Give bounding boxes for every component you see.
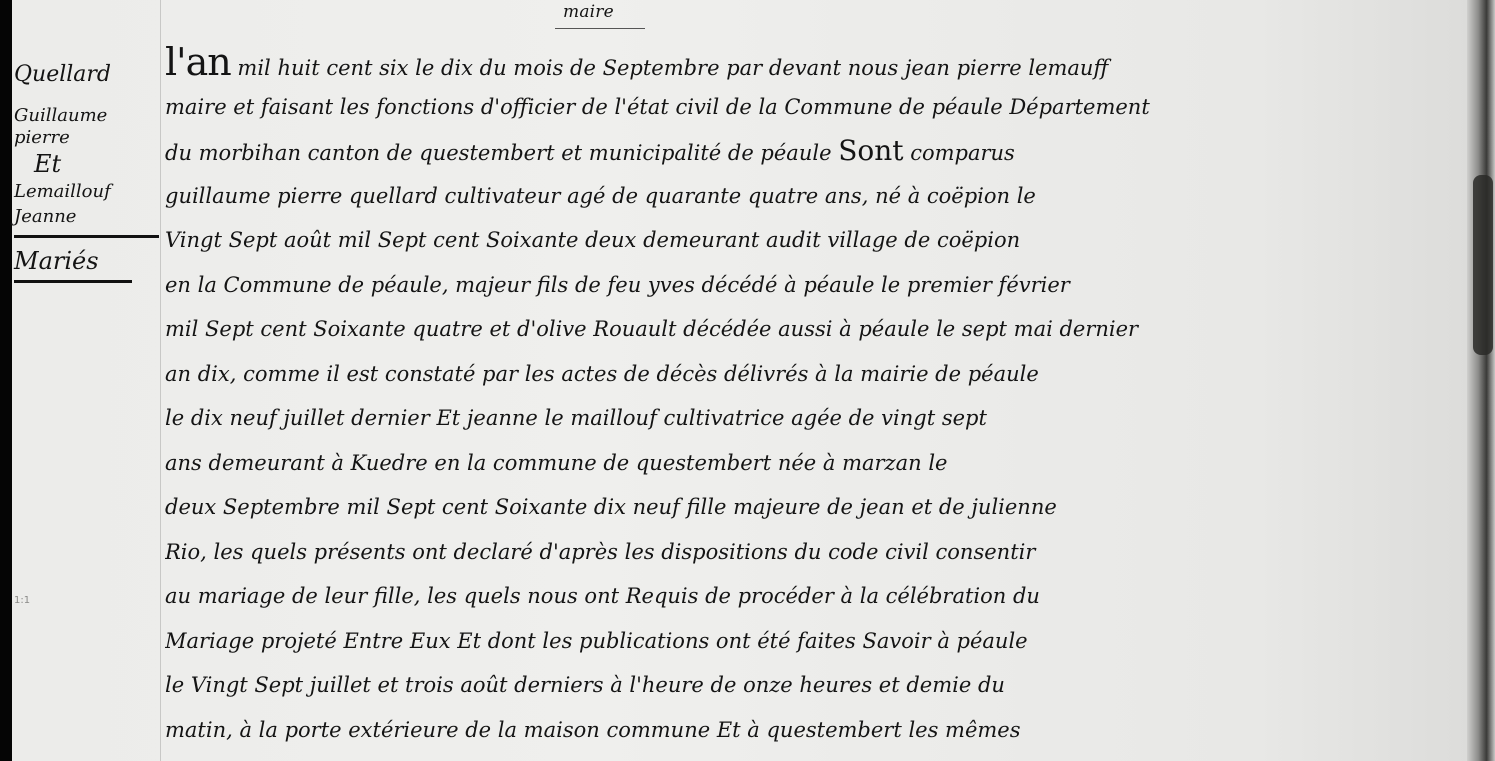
record-line-text: guillaume pierre quellard cultivateur ag…	[165, 184, 1036, 208]
record-line-10: ans demeurant à Kuedre en la commune de …	[165, 441, 1465, 486]
record-line-text: mil huit cent six le dix du mois de Sept…	[237, 56, 1108, 80]
record-line-text: le dix neuf juillet dernier Et jeanne le…	[165, 406, 987, 430]
margin-groom-surname: Quellard	[14, 55, 159, 105]
record-line-text: maire et faisant les fonctions d'officie…	[165, 95, 1150, 119]
margin-groom-given-2: pierre	[14, 127, 159, 149]
record-line-1: l'an mil huit cent six le dix du mois de…	[165, 40, 1465, 85]
record-line-15: le Vingt Sept juillet et trois août dern…	[165, 663, 1465, 708]
margin-bride-given: Jeanne	[14, 205, 159, 229]
record-line-14: Mariage projeté Entre Eux Et dont les pu…	[165, 619, 1465, 664]
record-line-text: deux Septembre mil Sept cent Soixante di…	[165, 495, 1057, 519]
record-body: l'an mil huit cent six le dix du mois de…	[165, 40, 1465, 752]
record-line-text: mil Sept cent Soixante quatre et d'olive…	[165, 317, 1138, 341]
margin-status-underline	[14, 280, 132, 283]
record-line-text: en la Commune de péaule, majeur fils de …	[165, 273, 1070, 297]
binding-edge	[0, 0, 12, 761]
margin-annotation: Quellard Guillaume pierre Et Lemaillouf …	[14, 55, 159, 283]
record-line-text: au mariage de leur fille, les quels nous…	[165, 584, 1040, 608]
record-line-text: Vingt Sept août mil Sept cent Soixante d…	[165, 228, 1020, 252]
margin-stamp-mark: 1:1	[14, 595, 30, 606]
margin-divider	[14, 235, 159, 238]
page-edge-shadow	[1467, 0, 1495, 761]
record-line-text: ans demeurant à Kuedre en la commune de …	[165, 451, 948, 475]
record-line-6: en la Commune de péaule, majeur fils de …	[165, 263, 1465, 308]
opening-word: l'an	[165, 40, 231, 84]
record-line-text: Rio, les quels présents ont declaré d'ap…	[165, 540, 1035, 564]
margin-rule-line	[160, 0, 161, 761]
record-line-16: matin, à la porte extérieure de la maiso…	[165, 708, 1465, 753]
page-edge-stain	[1473, 175, 1493, 355]
margin-bride-surname: Lemaillouf	[14, 179, 159, 205]
emphasis-after: comparus	[910, 141, 1015, 165]
record-line-5: Vingt Sept août mil Sept cent Soixante d…	[165, 218, 1465, 263]
header-fragment: maire	[563, 2, 614, 22]
record-line-text: le Vingt Sept juillet et trois août dern…	[165, 673, 1005, 697]
record-line-12: Rio, les quels présents ont declaré d'ap…	[165, 530, 1465, 575]
record-line-11: deux Septembre mil Sept cent Soixante di…	[165, 485, 1465, 530]
record-line-4: guillaume pierre quellard cultivateur ag…	[165, 174, 1465, 219]
margin-status: Mariés	[14, 246, 159, 276]
header-underline	[555, 28, 645, 29]
record-line-13: au mariage de leur fille, les quels nous…	[165, 574, 1465, 619]
record-line-text: Mariage projeté Entre Eux Et dont les pu…	[165, 629, 1028, 653]
margin-conjunction: Et	[14, 149, 159, 179]
record-line-7: mil Sept cent Soixante quatre et d'olive…	[165, 307, 1465, 352]
margin-groom-given-1: Guillaume	[14, 105, 159, 127]
scanned-register-page: maire Quellard Guillaume pierre Et Lemai…	[0, 0, 1495, 761]
record-line-8: an dix, comme il est constaté par les ac…	[165, 352, 1465, 397]
record-line-text: du morbihan canton de questembert et mun…	[165, 141, 832, 165]
record-line-text: matin, à la porte extérieure de la maiso…	[165, 718, 1021, 742]
emphasis-word: Sont	[838, 134, 903, 167]
record-line-3: du morbihan canton de questembert et mun…	[165, 129, 1465, 174]
record-line-text: an dix, comme il est constaté par les ac…	[165, 362, 1039, 386]
record-line-9: le dix neuf juillet dernier Et jeanne le…	[165, 396, 1465, 441]
record-line-2: maire et faisant les fonctions d'officie…	[165, 85, 1465, 130]
